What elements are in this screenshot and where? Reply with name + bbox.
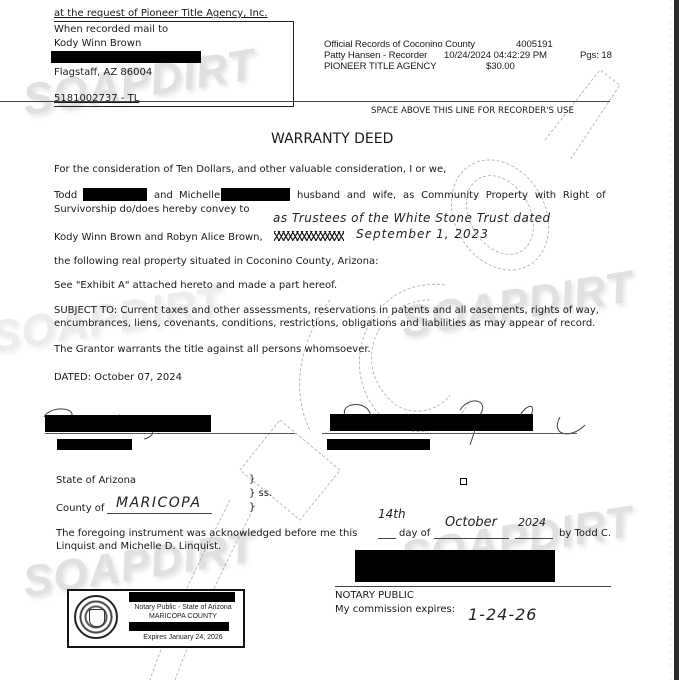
handwritten-trust: as Trustees of the White Stone Trust dat… [273,211,551,225]
commission-expires-label: My commission expires: [335,604,455,616]
document-title: WARRANTY DEED [271,131,393,147]
notary-stamp: Notary Public - State of Arizona MARICOP… [67,589,245,648]
county-handwritten: MARICOPA [116,495,202,511]
header-box-bottom-rule [54,106,294,107]
redacted-grantor-2-signature [330,414,533,431]
grantor-line-2: Survivorship do/does hereby convey to [54,204,249,216]
stamp-line-3: Expires January 24, 2026 [125,634,241,642]
day-handwritten: 14th [378,507,406,521]
month-handwritten: October [445,515,497,530]
foregoing-text: The foregoing instrument was acknowledge… [56,528,357,540]
requested-by-line: at the request of Pioneer Title Agency, … [54,8,268,20]
day-of-label: day of [399,528,430,540]
redacted-grantor-2-printed-name [327,439,430,450]
signature-line-2 [322,433,577,434]
redacted-notary-name [129,592,235,602]
recording-fee: $30.00 [486,61,515,73]
grantor-tail: husband and wife, as Community Property … [297,190,606,202]
subject-to-line-2: encumbrances, liens, covenants, conditio… [54,318,595,330]
redacted-grantor-1-printed-name [57,439,132,450]
small-square-mark [460,478,467,485]
mail-to-city: Flagstaff, AZ 86004 [54,67,152,79]
redacted-address [51,51,201,63]
subject-to-line-1: SUBJECT TO: Current taxes and other asse… [54,305,599,317]
grantor-and-michelle: and Michelle [154,190,220,202]
handwritten-trust-date: September 1, 2023 [356,227,489,241]
redacted-grantor-1-signature [45,415,211,432]
arizona-state-seal-icon [74,595,118,639]
consideration-text: For the consideration of Ten Dollars, an… [54,164,446,176]
scan-edge-dots [670,0,671,680]
redacted-notary-signature [355,550,555,582]
header-box-right-rule [293,21,294,107]
redacted-grantor-1-surname [83,188,147,201]
acknowledged-by: by Todd C. [559,528,611,540]
warranty-deed-page: SOAPDIRT SOAPDIRT SOAPDIRT SOAPDIRT SOAP… [0,0,679,680]
state-label: State of Arizona [56,475,136,487]
month-underline [434,538,509,539]
year-underline [515,538,553,539]
recorder-space-rule [0,101,610,102]
redacted-grantor-2-surname [221,188,290,201]
year-handwritten: 2024 [518,516,546,529]
property-location: the following real property situated in … [54,256,378,268]
grantee-names: Kody Winn Brown and Robyn Alice Brown, [54,232,263,244]
escrow-number: 5181002737 - TL [54,93,139,105]
recording-pages: Pgs: 18 [580,50,612,62]
commission-expires-handwritten: 1-24-26 [468,606,537,624]
redacted-commission-number [129,622,229,631]
scan-edge [674,0,679,680]
grantor-first-name: Todd [54,190,77,202]
county-label: County of [56,503,104,515]
header-box-top-rule [54,21,294,22]
scribbled-out-text [274,231,344,241]
warranty-clause: The Grantor warrants the title against a… [54,344,371,356]
acknowledged-names: Linquist and Michelle D. Linquist. [56,541,221,553]
dated-line: DATED: October 07, 2024 [54,372,182,384]
stamp-line-2: MARICOPA COUNTY [125,613,241,621]
exhibit-reference: See "Exhibit A" attached hereto and made… [54,280,337,292]
brace-bottom: } [249,502,255,514]
notary-public-label: NOTARY PUBLIC [335,590,414,602]
ss-label: } ss. [249,488,272,500]
day-underline [378,538,396,539]
recording-agency: PIONEER TITLE AGENCY [324,61,436,73]
brace-top: } [249,474,255,486]
notary-signature-line [335,586,611,587]
mail-to-name: Kody Winn Brown [54,38,141,50]
stamp-line-1: Notary Public - State of Arizona [125,604,241,612]
recorder-space-note: SPACE ABOVE THIS LINE FOR RECORDER'S USE [371,106,574,116]
county-underline [107,513,212,514]
signature-line-1 [45,433,295,434]
mail-to-label: When recorded mail to [54,24,168,36]
